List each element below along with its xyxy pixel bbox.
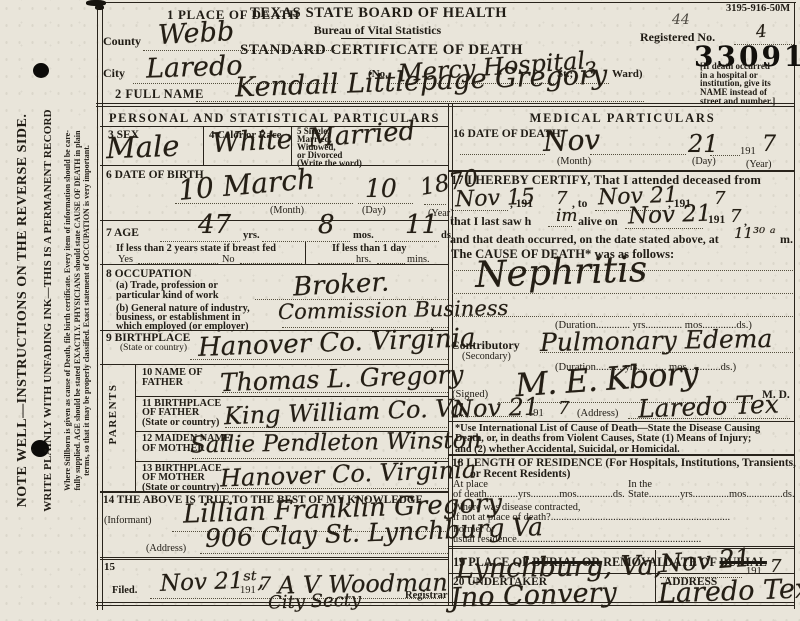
rule (100, 264, 448, 265)
age-months-value: 8 (318, 210, 335, 240)
father-birthplace-label: 11 BIRTHPLACE OF FATHER (State or countr… (142, 399, 221, 427)
death-year-printed: 191 (740, 146, 756, 157)
punch-hole (31, 440, 49, 457)
dotted-leader (160, 241, 240, 242)
occupation-b-label: (b) General nature of industry, business… (116, 304, 250, 331)
rule (341, 38, 411, 39)
registrar-title-value: City Secty (268, 589, 362, 613)
dotted-leader (375, 241, 439, 242)
rule (96, 103, 795, 107)
city-value: Laredo (145, 50, 242, 84)
sidebar-fine-print-line: fully supplied. AGE should be stated EXA… (73, 131, 83, 491)
color-race-value: White (211, 124, 293, 159)
rule (135, 364, 136, 491)
death-day-value: 21 (688, 130, 719, 158)
in-state-fields: In the State............yrs.............… (628, 480, 795, 500)
marital-value: Married (307, 116, 416, 153)
filed-label: Filed. (112, 585, 137, 596)
no-label: No (222, 254, 235, 265)
board-title: TEXAS STATE BOARD OF HEALTH (250, 5, 505, 22)
breastfed-label: If less than 2 years state if breast fed (116, 243, 276, 254)
rule (97, 2, 103, 610)
parents-label: PARENTS (107, 368, 119, 460)
signed-date-value: Nov 21 (452, 392, 540, 423)
death-year-digit: 7 (762, 132, 776, 157)
dotted-leader (590, 154, 686, 155)
month-caption: (Month) (557, 156, 591, 167)
sidebar-note-well: NOTE WELL—INSTRUCTIONS ON THE REVERSE SI… (15, 114, 31, 508)
signed-year-digit: 7 (558, 398, 569, 419)
pencil-mark: 44 (672, 12, 690, 28)
dotted-leader (262, 241, 350, 242)
mother-birthplace-label: 13 BIRTHPLACE OF MOTHER (State or countr… (142, 464, 222, 492)
county-value: Webb (157, 16, 235, 51)
rule (794, 2, 795, 609)
dotted-leader (358, 203, 413, 204)
age-years-value: 47 (198, 210, 231, 240)
bureau-subtitle: Bureau of Vital Statistics (250, 23, 505, 38)
father-birthplace-value: King William Co. Va (224, 394, 466, 430)
rule (305, 242, 306, 264)
signed-address-caption: (Address) (577, 408, 618, 419)
day-caption: (Day) (362, 205, 386, 216)
yes-label: Yes (118, 254, 133, 265)
occupation-a-label: (a) Trade, profession or particular kind… (116, 281, 219, 301)
month-caption: (Month) (270, 205, 304, 216)
registered-no-value: 4 (755, 21, 768, 42)
occupation-label: 8 OCCUPATION (106, 268, 192, 280)
hospital-note: [If death occurred in a hospital or inst… (700, 62, 775, 106)
sex-value: Male (105, 129, 180, 166)
rule (100, 220, 448, 221)
lessday-label: If less than 1 day (332, 243, 406, 254)
dotted-leader (200, 553, 448, 554)
fullname-value: Kendall Littlepage Gregory (235, 60, 608, 104)
occupation-b-value: Commission Business (278, 296, 509, 324)
undertaker-address-value: Laredo Tex (658, 573, 800, 609)
last-saw-date-value: Nov 21 (628, 201, 712, 230)
death-occurred-statement: and that death occurred, on the date sta… (450, 232, 719, 247)
age-days-value: 11 (405, 210, 438, 240)
sidebar-instructions: NOTE WELL—INSTRUCTIONS ON THE REVERSE SI… (0, 0, 96, 621)
filed-date-value: Nov 21ˢᵗ, (160, 567, 265, 597)
undertaker-value: Jno Convery (450, 577, 618, 614)
rule (96, 2, 796, 3)
yrs-caption: yrs. (243, 230, 260, 241)
section15-label: 15 (104, 561, 115, 573)
rule (448, 170, 795, 172)
death-certificate-page: NOTE WELL—INSTRUCTIONS ON THE REVERSE SI… (0, 0, 800, 621)
sidebar-fine-print-line: terms, so that it may be properly classi… (82, 145, 92, 476)
rule (100, 557, 448, 560)
mos-caption: mos. (353, 230, 374, 241)
print-code: 3195-916-50M (726, 3, 790, 14)
occupation-a-value: Broker. (292, 268, 390, 303)
county-label: County (103, 34, 141, 49)
state-country-caption: (State or country) (120, 343, 187, 353)
dotted-leader (460, 154, 545, 155)
alive-on-label: alive on (578, 214, 618, 229)
death-month-value: Nov (542, 123, 600, 158)
signed-address-value: Laredo Tex (638, 390, 780, 424)
m-label: m. (780, 232, 793, 247)
fullname-label: 2 FULL NAME (115, 87, 204, 102)
city-label: City (103, 66, 125, 81)
attended-from-value: Nov 15 (455, 185, 536, 213)
last-saw-pre: that I last saw h (450, 214, 531, 229)
informant-address-caption: (Address) (146, 543, 186, 554)
dotted-leader (424, 204, 446, 205)
year-caption: (Year) (746, 159, 772, 170)
age-label: 7 AGE (106, 227, 139, 239)
ward-label: Ward) (612, 68, 643, 80)
sidebar-fine-print-line: Where Stillborn is given as cause of Dea… (63, 130, 73, 491)
cause-of-death-value: Nephritis (474, 249, 648, 296)
death-time-value: 11³⁰ ᵃ (734, 224, 776, 242)
dob-day-value: 10 (365, 174, 397, 203)
informant-caption: (Informant) (104, 515, 152, 526)
punch-hole (33, 63, 49, 78)
mother-name-value: Sallie Pendleton Winston (190, 427, 482, 458)
dotted-leader (548, 226, 572, 227)
rule (203, 127, 204, 165)
contributory-value: Pulmonary Edema (540, 324, 773, 357)
to-year-digit: 7 (714, 188, 725, 209)
medical-section-title: MEDICAL PARTICULARS (449, 111, 796, 126)
scan-smudge (95, 5, 104, 10)
him-value: im (556, 206, 578, 226)
father-name-label: 10 NAME OF FATHER (142, 368, 203, 388)
hrs-caption: hrs. (356, 254, 371, 265)
international-list-note: *Use International List of Cause of Deat… (455, 424, 760, 455)
mins-caption: mins. (407, 254, 430, 265)
